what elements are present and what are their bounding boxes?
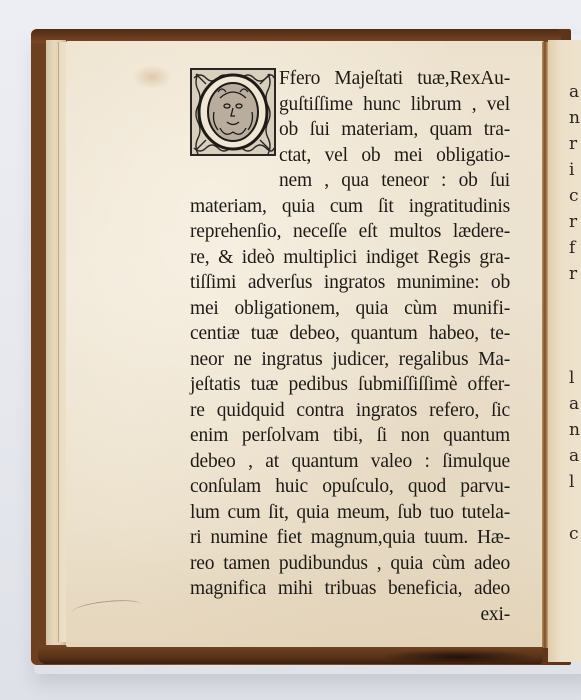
ornamental-initial-o: [190, 68, 276, 156]
foxing-stain: [132, 65, 172, 89]
text-line: materiam, quia cum ſit ingratitudinis: [190, 194, 510, 220]
text-line: re, & ideò multiplici indiget Regis gra-: [190, 245, 510, 271]
facing-fragment: r: [569, 214, 577, 231]
facing-fragment: n: [569, 110, 580, 127]
text-line: ri numine fiet magnum,quia tuum. Hæ-: [190, 525, 510, 551]
catchword: exi-: [190, 602, 510, 628]
text-line: reo tamen pudibundus , quia cùm adeo: [190, 551, 510, 577]
text-line: neor ne ingratus judicer, regalibus Ma-: [190, 347, 510, 373]
facing-fragment: l: [569, 370, 574, 387]
facing-fragment: f: [569, 240, 575, 257]
facing-fragment: n: [569, 422, 580, 439]
facing-fragment: l: [569, 474, 574, 491]
text-line: enim perſolvam tibi, ſi non quantum: [190, 423, 510, 449]
facing-page: a n r i c r f r l a n a l c: [548, 40, 581, 662]
text-line: debeo , at quantum valeo : ſimulque: [190, 449, 510, 475]
facing-fragment: a: [569, 448, 579, 465]
facing-fragment: c: [569, 526, 579, 543]
cover-bottom-edge: [38, 647, 543, 664]
text-line: magnifica mihi tribuas beneficia, adeo: [190, 576, 510, 602]
text-line: nem , qua teneor : ob ſui: [190, 168, 510, 194]
paper-crease: [71, 597, 142, 619]
text-line: mei obligationem, quia cùm munifi-: [190, 296, 510, 322]
text-line: re quidquid contra ingratos refero, ſic: [190, 398, 510, 424]
facing-fragment: r: [569, 266, 577, 283]
facing-fragment: i: [569, 162, 574, 179]
text-line: centiæ tuæ debeo, quantum habeo, te-: [190, 321, 510, 347]
text-line: conſulam huic opuſculo, quod parvu-: [190, 474, 510, 500]
text-line: tiſſimi adverſus ingratos munimine: ob: [190, 270, 510, 296]
text-line: jeſtatis tuæ pedibus ſubmiſſiſſimè offer…: [190, 372, 510, 398]
text-line: reprehenſio, neceſſe eſt multos lædere-: [190, 219, 510, 245]
facing-fragment: r: [569, 136, 577, 153]
text-line: lum cum ſit, quia meum, ſub tuo tutela-: [190, 500, 510, 526]
facing-fragment: a: [569, 396, 579, 413]
facing-fragment: a: [569, 84, 579, 101]
woodcut-initial-icon: [190, 68, 276, 156]
facing-fragment: c: [569, 188, 579, 205]
